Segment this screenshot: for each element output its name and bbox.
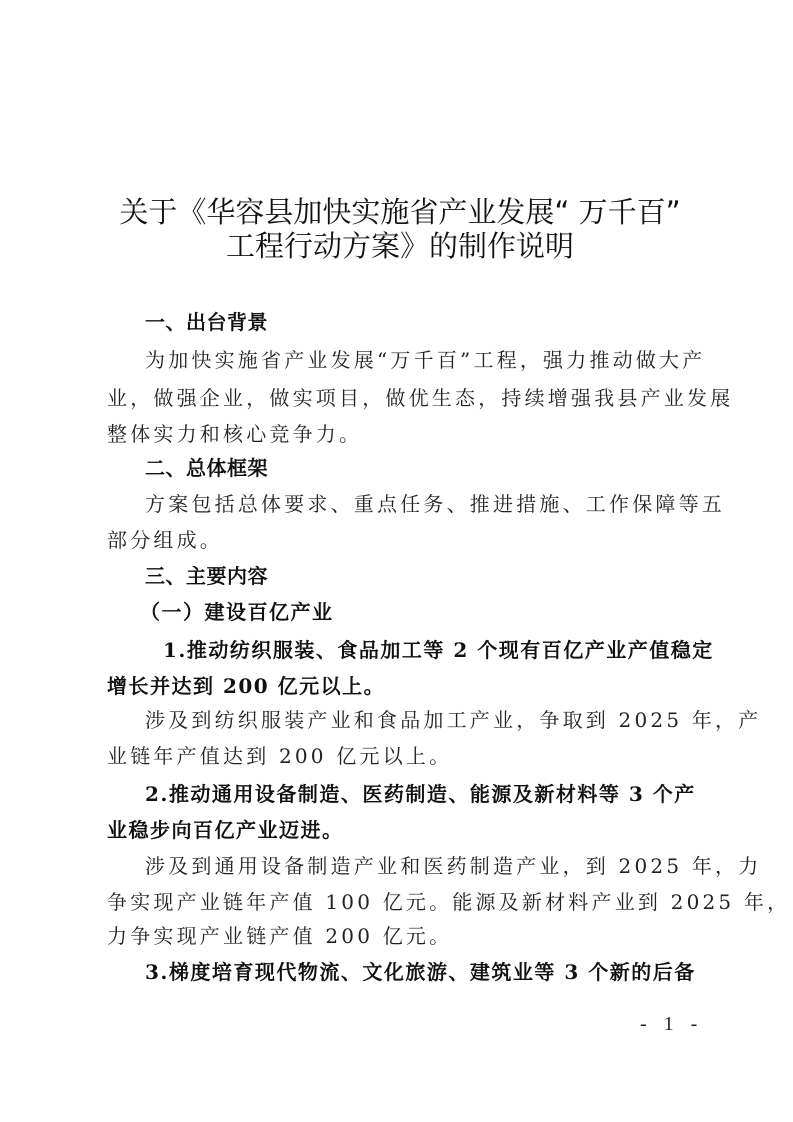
paragraph-line: 业链年产值达到 200 亿元以上。	[107, 742, 697, 770]
paragraph-line: 争实现产业链年产值 100 亿元。能源及新材料产业到 2025 年，	[107, 888, 697, 916]
section-heading-framework: 二、总体框架	[145, 454, 735, 482]
paragraph-line: 业，做强企业，做实项目，做优生态，持续增强我县产业发展	[107, 384, 697, 412]
page-number: - 1 -	[640, 1013, 703, 1036]
section-heading-background: 一、出台背景	[145, 308, 735, 336]
document-page: 关于《华容县加快实施省产业发展“ 万千百” 工程行动方案》的制作说明 一、出台背…	[0, 0, 793, 1122]
paragraph-line: 整体实力和核心竞争力。	[107, 420, 697, 448]
document-title-line-2: 工程行动方案》的制作说明	[100, 226, 700, 266]
paragraph-line: 力争实现产业链产值 200 亿元。	[107, 922, 697, 950]
paragraph-line: 为加快实施省产业发展“万千百”工程，强力推动做大产	[145, 346, 735, 374]
paragraph-line: 涉及到纺织服装产业和食品加工产业，争取到 2025 年，产	[145, 706, 735, 734]
item-heading-1-cont: 增长并达到 200 亿元以上。	[107, 672, 697, 700]
subsection-heading: （一）建设百亿产业	[140, 598, 730, 626]
section-heading-content: 三、主要内容	[145, 562, 735, 590]
paragraph-line: 方案包括总体要求、重点任务、推进措施、工作保障等五	[145, 490, 735, 518]
paragraph-line: 涉及到通用设备制造产业和医药制造产业，到 2025 年，力	[145, 852, 735, 880]
item-heading-2-cont: 业稳步向百亿产业迈进。	[107, 816, 697, 844]
item-heading-1: 1.推动纺织服装、食品加工等 2 个现有百亿产业产值稳定	[163, 636, 753, 664]
paragraph-line: 部分组成。	[107, 526, 697, 554]
item-heading-2: 2.推动通用设备制造、医药制造、能源及新材料等 3 个产	[145, 780, 735, 808]
item-heading-3: 3.梯度培育现代物流、文化旅游、建筑业等 3 个新的后备	[145, 958, 735, 986]
